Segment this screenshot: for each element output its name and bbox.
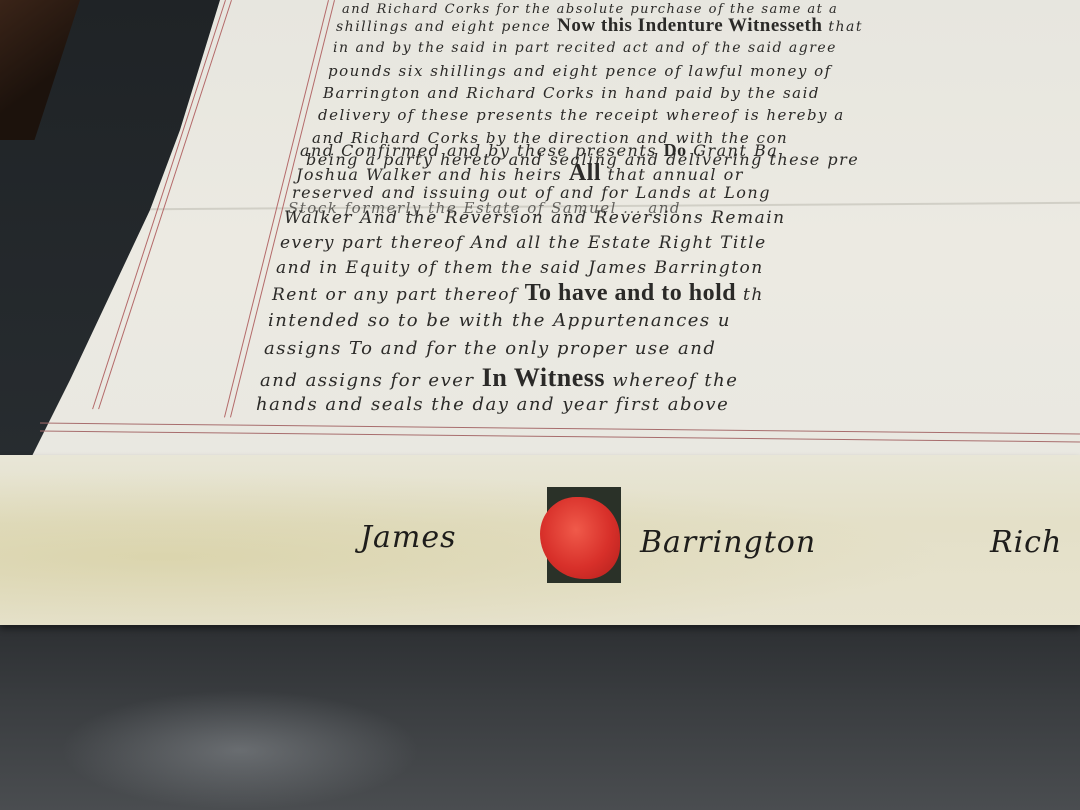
text-line: every part thereof And all the Estate Ri… (280, 233, 767, 253)
signature-first-name: James (360, 520, 457, 555)
text-line: Walker And the Reversion and Reversions … (284, 208, 786, 228)
text-line: intended so to be with the Appurtenances… (268, 310, 731, 331)
gothic-heading: To have and to hold (525, 280, 736, 306)
text-line: Barrington and Richard Corks in hand pai… (323, 84, 820, 102)
text-line: pounds six shillings and eight pence of … (328, 62, 832, 80)
text-line: and Confirmed and by these presents Do G… (300, 140, 778, 161)
signature-surname: Barrington (640, 525, 816, 560)
text-line: hands and seals the day and year first a… (256, 394, 729, 415)
gothic-heading: Do (664, 140, 687, 160)
text-line: delivery of these presents the receipt w… (318, 106, 845, 124)
signature-second-signer: Rich (990, 525, 1062, 560)
text-line: and assigns for ever In Witness whereof … (260, 363, 738, 393)
text-line: and in Equity of them the said James Bar… (276, 258, 764, 278)
text-line: in and by the said in part recited act a… (333, 40, 837, 56)
indenture-text: and Richard Corks for the absolute purch… (230, 0, 1080, 440)
text-line: Rent or any part thereof To have and to … (272, 280, 764, 307)
glass-glare (60, 690, 420, 810)
text-line: shillings and eight pence Now this Inden… (336, 15, 863, 37)
gothic-heading: In Witness (482, 363, 605, 392)
text-line: assigns To and for the only proper use a… (264, 338, 716, 359)
gothic-heading: Now this Indenture Witnesseth (557, 15, 822, 36)
